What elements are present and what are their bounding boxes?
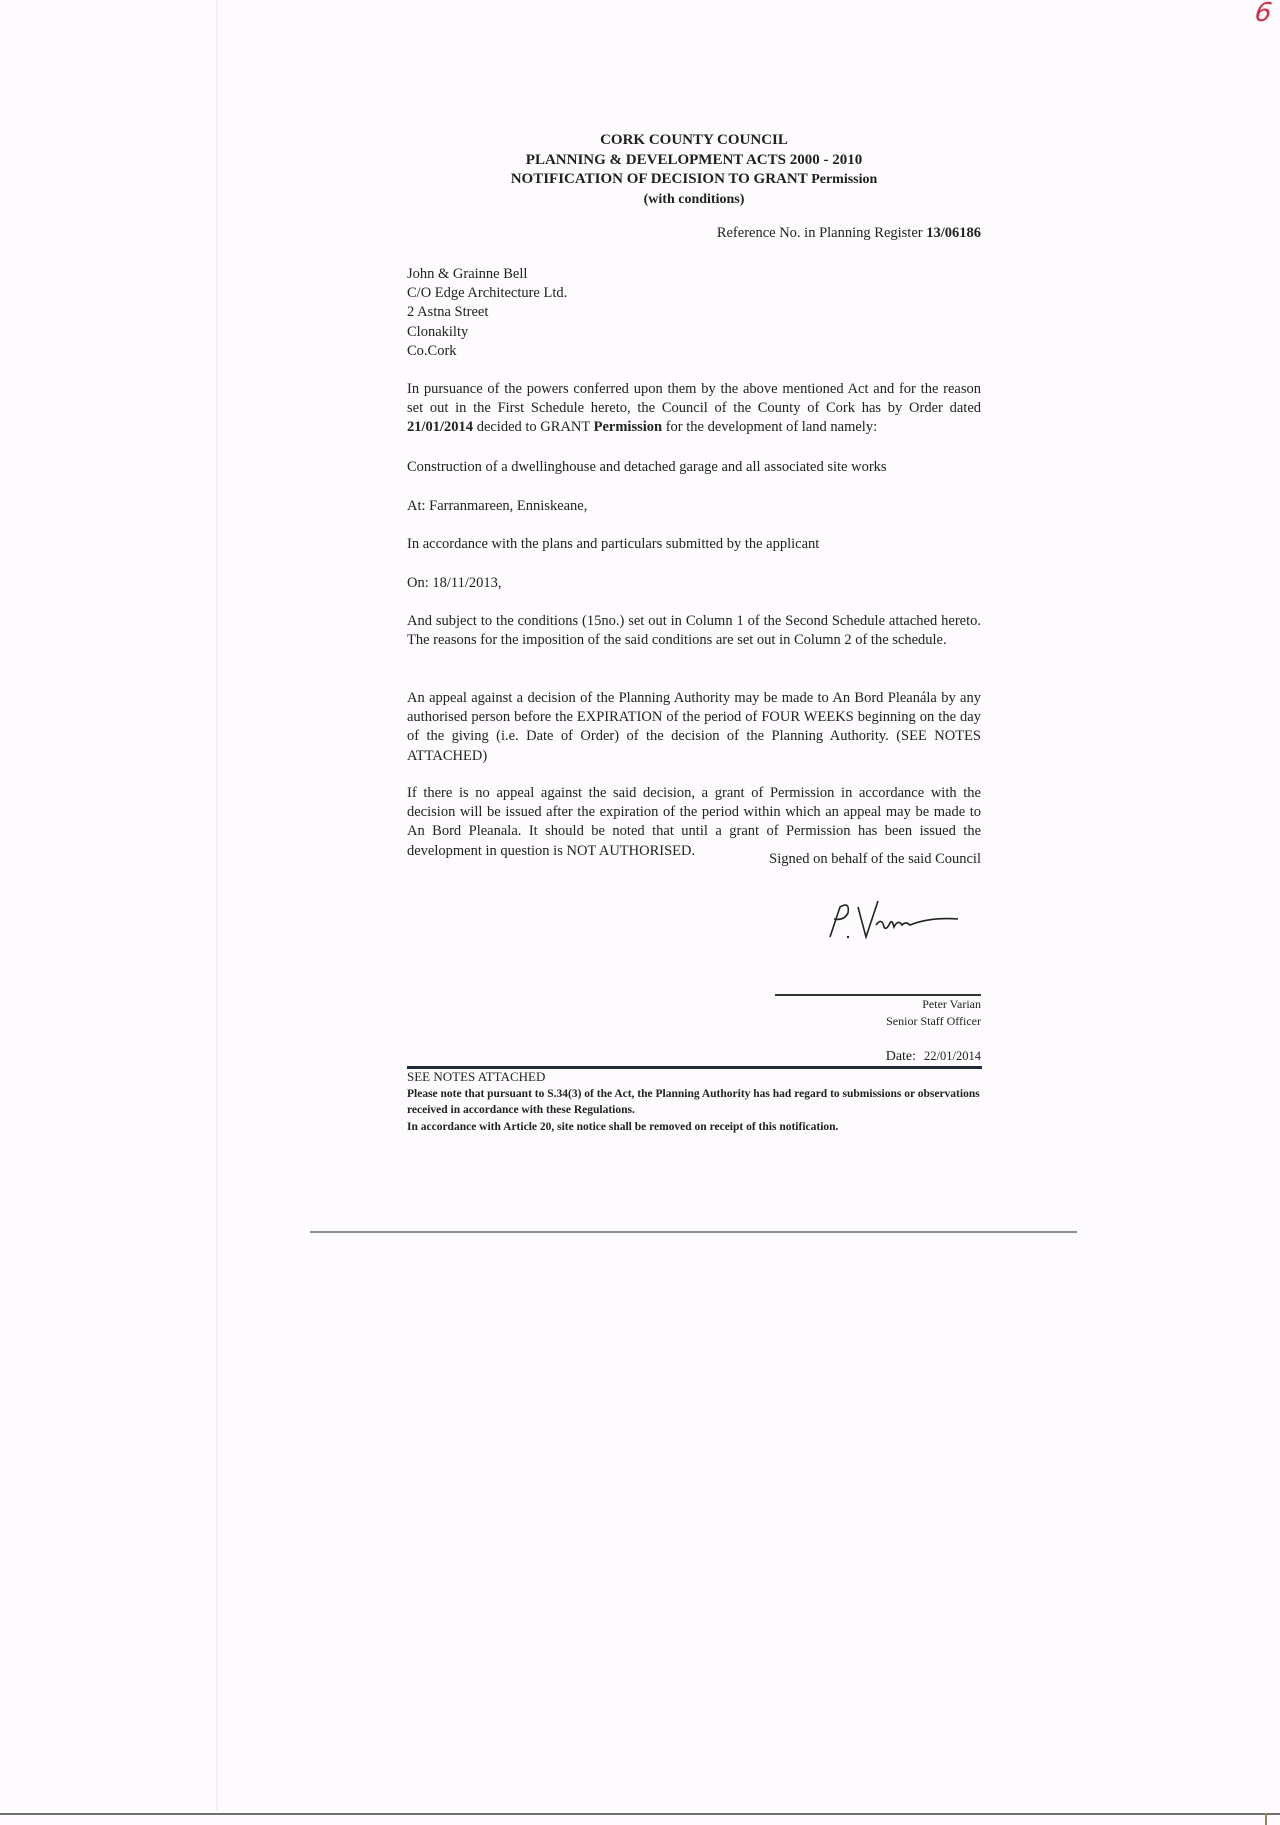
signatory-title: Senior Staff Officer <box>775 1013 981 1030</box>
scan-corner-mark <box>1265 1813 1267 1825</box>
handwritten-signature <box>820 895 980 945</box>
conditions-paragraph: And subject to the conditions (15no.) se… <box>407 612 981 650</box>
date-value: 22/01/2014 <box>924 1049 981 1063</box>
handwritten-page-number: 6 <box>1253 0 1274 28</box>
page-fold-line <box>216 0 218 1810</box>
notification-title: NOTIFICATION OF DECISION TO GRANT Permis… <box>407 170 981 190</box>
notification-title-main: NOTIFICATION OF DECISION TO GRANT <box>511 171 808 187</box>
page-separator-line <box>310 1231 1077 1233</box>
acts-title: PLANNING & DEVELOPMENT ACTS 2000 - 2010 <box>407 151 981 171</box>
development-location: At: Farranmareen, Enniskeane, <box>407 497 981 516</box>
with-conditions: (with conditions) <box>407 190 981 210</box>
order-date: 21/01/2014 <box>407 419 473 435</box>
recipient-address: John & Grainne Bell C/O Edge Architectur… <box>407 265 981 361</box>
date-label: Date: <box>886 1049 916 1064</box>
development-description: Construction of a dwellinghouse and deta… <box>407 458 981 477</box>
decision-text: decided to GRANT <box>477 419 590 435</box>
permission-word: Permission <box>594 419 662 435</box>
signature-date: Date:22/01/2014 <box>775 1049 981 1065</box>
reference-number: 13/06186 <box>926 225 981 241</box>
address-line: C/O Edge Architecture Ltd. <box>407 284 981 303</box>
submission-date: On: 18/11/2013, <box>407 574 981 593</box>
address-line: John & Grainne Bell <box>407 265 981 284</box>
address-line: 2 Astna Street <box>407 303 981 322</box>
notes-section: SEE NOTES ATTACHED Please note that purs… <box>407 1069 1007 1135</box>
document-header: CORK COUNTY COUNCIL PLANNING & DEVELOPME… <box>407 131 981 209</box>
accordance-statement: In accordance with the plans and particu… <box>407 535 981 554</box>
signatory-name: Peter Varian <box>775 996 981 1013</box>
address-line: Co.Cork <box>407 342 981 361</box>
decision-text: for the development of land namely: <box>666 419 877 435</box>
decision-text: In pursuance of the powers conferred upo… <box>407 381 981 416</box>
no-appeal-paragraph: If there is no appeal against the said d… <box>407 784 981 861</box>
signatory: Peter Varian Senior Staff Officer <box>775 996 981 1030</box>
council-name: CORK COUNTY COUNCIL <box>407 131 981 151</box>
reference-number-line: Reference No. in Planning Register 13/06… <box>407 225 981 242</box>
reference-label: Reference No. in Planning Register <box>717 225 923 241</box>
appeal-paragraph: An appeal against a decision of the Plan… <box>407 689 981 766</box>
address-line: Clonakilty <box>407 323 981 342</box>
notification-title-suffix: Permission <box>811 172 877 187</box>
scan-bottom-edge <box>0 1813 1280 1815</box>
note-site-notice: In accordance with Article 20, site noti… <box>407 1119 1007 1136</box>
see-notes-attached: SEE NOTES ATTACHED <box>407 1069 1007 1086</box>
signed-on-behalf: Signed on behalf of the said Council <box>407 851 981 868</box>
decision-paragraph: In pursuance of the powers conferred upo… <box>407 380 981 438</box>
note-submissions: Please note that pursuant to S.34(3) of … <box>407 1086 1007 1119</box>
